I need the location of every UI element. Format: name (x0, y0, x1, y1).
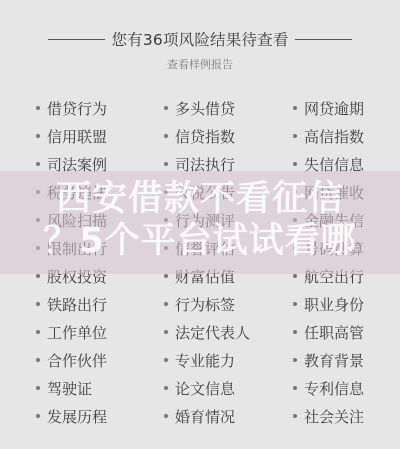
risk-item: 借贷行为 (36, 94, 107, 122)
risk-item-label: 司法案例 (47, 154, 107, 175)
risk-item: 多头借贷 (164, 94, 235, 122)
risk-item: 论文信息 (164, 374, 235, 402)
grid-row: 风险扫描 行为测评 金融失信 (0, 206, 400, 234)
bullet-icon (293, 218, 297, 222)
bullet-icon (36, 190, 40, 194)
grid-row: 借贷行为 多头借贷 网贷逾期 (0, 94, 400, 122)
bullet-icon (164, 330, 168, 334)
risk-item: 司法案例 (36, 150, 107, 178)
risk-item: 职业身份 (293, 290, 364, 318)
risk-item: 风险扫描 (36, 206, 107, 234)
bullet-icon (164, 302, 168, 306)
grid-row: 司法案例 司法执行 失信信息 (0, 150, 400, 178)
risk-item-label: 网贷催收 (304, 182, 364, 203)
bullet-icon (36, 274, 40, 278)
risk-item-label: 发展历程 (47, 406, 107, 427)
risk-item: 社会关注 (293, 402, 364, 430)
risk-item: 行为测评 (164, 206, 235, 234)
risk-item: 专利信息 (293, 374, 364, 402)
risk-item: 任职高管 (293, 318, 364, 346)
risk-item: 失信信息 (293, 150, 364, 178)
risk-item-label: 税务违法 (47, 182, 107, 203)
risk-item-label: 婚育情况 (175, 406, 235, 427)
risk-item-label: 号码测算 (304, 238, 364, 259)
risk-item: 信用联盟 (36, 122, 107, 150)
risk-item: 号码测算 (293, 234, 364, 262)
bullet-icon (164, 162, 168, 166)
risk-item: 股权投资 (36, 262, 107, 290)
risk-item: 欠税公告 (164, 178, 235, 206)
risk-item-label: 风险扫描 (47, 210, 107, 231)
risk-item-label: 多头借贷 (175, 98, 235, 119)
risk-item-grid: 借贷行为 多头借贷 网贷逾期 信用联盟 信贷指数 高信指数 司法案例 司法执行 … (0, 94, 400, 430)
bullet-icon (293, 274, 297, 278)
risk-item-label: 工作单位 (47, 322, 107, 343)
risk-item-label: 借贷行为 (47, 98, 107, 119)
risk-item: 专业能力 (164, 346, 235, 374)
risk-item-label: 社会关注 (304, 406, 364, 427)
risk-item-label: 限制出行 (47, 238, 107, 259)
risk-item-label: 欠税公告 (175, 182, 235, 203)
bullet-icon (36, 358, 40, 362)
bullet-icon (164, 386, 168, 390)
bullet-icon (293, 246, 297, 250)
page-title: 您有36项风险结果待查看 (111, 28, 288, 50)
bullet-icon (293, 134, 297, 138)
risk-item: 财富估值 (164, 262, 235, 290)
risk-item-label: 法定代表人 (175, 322, 250, 343)
grid-row: 发展历程 婚育情况 社会关注 (0, 402, 400, 430)
grid-row: 合作伙伴 专业能力 教育背景 (0, 346, 400, 374)
risk-item: 高信指数 (293, 122, 364, 150)
grid-row: 驾驶证 论文信息 专利信息 (0, 374, 400, 402)
risk-item-label: 高信指数 (304, 126, 364, 147)
bullet-icon (36, 134, 40, 138)
bullet-icon (293, 106, 297, 110)
risk-item-label: 航空出行 (304, 266, 364, 287)
report-header: 您有36项风险结果待查看 (0, 26, 400, 52)
risk-item-label: 网贷逾期 (304, 98, 364, 119)
right-divider (295, 39, 352, 40)
risk-item-label: 股权投资 (47, 266, 107, 287)
bullet-icon (36, 330, 40, 334)
bullet-icon (164, 190, 168, 194)
risk-item: 婚育情况 (164, 402, 235, 430)
risk-item-label: 专业能力 (175, 350, 235, 371)
bullet-icon (293, 190, 297, 194)
grid-row: 工作单位 法定代表人 任职高管 (0, 318, 400, 346)
bullet-icon (164, 274, 168, 278)
bullet-icon (164, 218, 168, 222)
risk-item: 司法执行 (164, 150, 235, 178)
risk-item-label: 专利信息 (304, 378, 364, 399)
risk-item-label: 行为测评 (175, 210, 235, 231)
bullet-icon (164, 134, 168, 138)
grid-row: 税务违法 欠税公告 网贷催收 (0, 178, 400, 206)
risk-item-label: 信誉评估 (175, 238, 235, 259)
bullet-icon (36, 162, 40, 166)
risk-item: 网贷催收 (293, 178, 364, 206)
risk-item: 金融失信 (293, 206, 364, 234)
risk-item: 税务违法 (36, 178, 107, 206)
bullet-icon (36, 386, 40, 390)
risk-item: 铁路出行 (36, 290, 107, 318)
bullet-icon (293, 302, 297, 306)
bullet-icon (164, 358, 168, 362)
bullet-icon (293, 358, 297, 362)
risk-item-label: 财富估值 (175, 266, 235, 287)
bullet-icon (293, 162, 297, 166)
bullet-icon (164, 414, 168, 418)
risk-item-label: 信贷指数 (175, 126, 235, 147)
risk-item-label: 失信信息 (304, 154, 364, 175)
grid-row: 铁路出行 行为标签 职业身份 (0, 290, 400, 318)
risk-item: 网贷逾期 (293, 94, 364, 122)
grid-row: 股权投资 财富估值 航空出行 (0, 262, 400, 290)
risk-item: 限制出行 (36, 234, 107, 262)
bullet-icon (164, 106, 168, 110)
bullet-icon (36, 106, 40, 110)
risk-item: 行为标签 (164, 290, 235, 318)
risk-item-label: 合作伙伴 (47, 350, 107, 371)
bullet-icon (293, 414, 297, 418)
risk-item: 发展历程 (36, 402, 107, 430)
risk-item-label: 任职高管 (304, 322, 364, 343)
risk-item: 信贷指数 (164, 122, 235, 150)
bullet-icon (36, 218, 40, 222)
risk-item: 航空出行 (293, 262, 364, 290)
risk-item: 工作单位 (36, 318, 107, 346)
risk-item-label: 铁路出行 (47, 294, 107, 315)
view-sample-report-link[interactable]: 查看样例报告 (0, 56, 400, 72)
risk-item-label: 信用联盟 (47, 126, 107, 147)
risk-item-label: 职业身份 (304, 294, 364, 315)
risk-item-label: 教育背景 (304, 350, 364, 371)
bullet-icon (164, 246, 168, 250)
grid-row: 限制出行 信誉评估 号码测算 (0, 234, 400, 262)
risk-item-label: 金融失信 (304, 210, 364, 231)
risk-item-label: 驾驶证 (47, 378, 92, 399)
bullet-icon (36, 246, 40, 250)
risk-item: 信誉评估 (164, 234, 235, 262)
risk-item-label: 司法执行 (175, 154, 235, 175)
grid-row: 信用联盟 信贷指数 高信指数 (0, 122, 400, 150)
bullet-icon (36, 302, 40, 306)
bullet-icon (36, 414, 40, 418)
risk-item-label: 行为标签 (175, 294, 235, 315)
risk-item: 驾驶证 (36, 374, 92, 402)
risk-item: 法定代表人 (164, 318, 250, 346)
risk-item: 教育背景 (293, 346, 364, 374)
left-divider (48, 39, 105, 40)
risk-item: 合作伙伴 (36, 346, 107, 374)
risk-item-label: 论文信息 (175, 378, 235, 399)
bullet-icon (293, 330, 297, 334)
bullet-icon (293, 386, 297, 390)
